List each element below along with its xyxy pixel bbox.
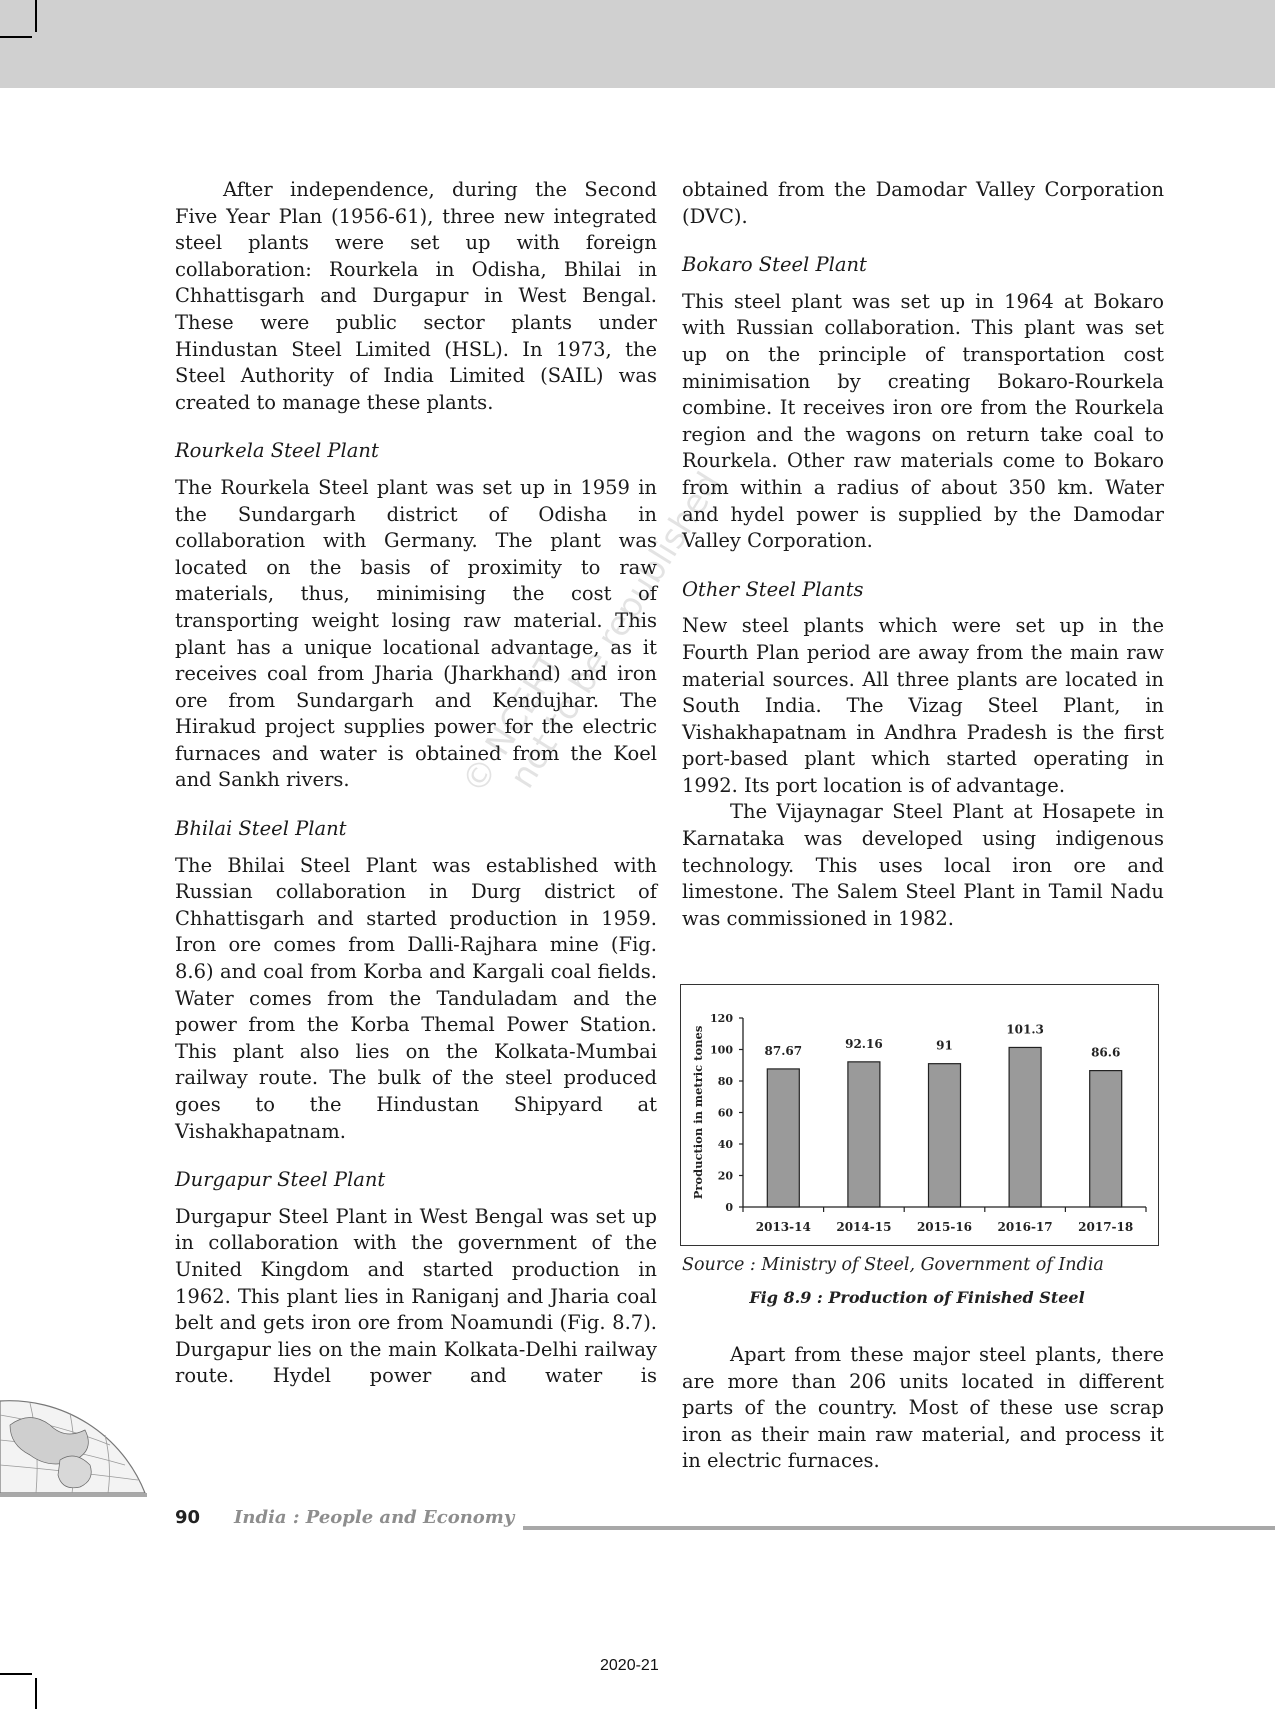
crop-mark-top-horizontal [0, 36, 32, 38]
right-column: obtained from the Damodar Valley Corpora… [682, 177, 1164, 932]
x-category-label: 2015-16 [917, 1220, 972, 1234]
top-header-band [0, 0, 1275, 88]
y-tick-label: 80 [718, 1075, 734, 1088]
bar-value-label: 101.3 [1006, 1022, 1044, 1036]
bar-2014-15 [848, 1062, 880, 1207]
figure-caption: Fig 8.9 : Production of Finished Steel [682, 1288, 1152, 1307]
durgapur-paragraph: Durgapur Steel Plant in West Bengal was … [175, 1204, 657, 1390]
crop-mark-bottom-horizontal [0, 1673, 32, 1675]
y-tick-label: 40 [718, 1138, 734, 1151]
x-category-label: 2014-15 [836, 1220, 891, 1234]
bar-value-label: 86.6 [1091, 1046, 1120, 1060]
crop-mark-top-vertical [35, 0, 37, 32]
section-heading-durgapur: Durgapur Steel Plant [175, 1167, 657, 1194]
bar-2016-17 [1009, 1047, 1041, 1207]
bar-2015-16 [929, 1064, 961, 1207]
footer-rule [523, 1526, 1275, 1530]
y-tick-label: 120 [710, 1012, 733, 1025]
section-heading-other-plants: Other Steel Plants [682, 577, 1164, 604]
y-axis-label: Production in metric tones [691, 1026, 705, 1200]
y-tick-label: 0 [725, 1201, 733, 1214]
section-heading-rourkela: Rourkela Steel Plant [175, 438, 657, 465]
section-heading-bhilai: Bhilai Steel Plant [175, 816, 657, 843]
bokaro-paragraph: This steel plant was set up in 1964 at B… [682, 289, 1164, 555]
dvc-continuation-paragraph: obtained from the Damodar Valley Corpora… [682, 177, 1164, 230]
bar-2017-18 [1090, 1071, 1122, 1207]
chart-canvas: 02040608010012087.672013-1492.162014-159… [681, 985, 1157, 1244]
other-plants-paragraph: New steel plants which were set up in th… [682, 613, 1164, 799]
x-category-label: 2013-14 [756, 1220, 811, 1234]
bhilai-paragraph: The Bhilai Steel Plant was established w… [175, 853, 657, 1146]
page-number: 90 [175, 1507, 200, 1528]
bar-value-label: 91 [936, 1039, 953, 1053]
intro-paragraph: After independence, during the Second Fi… [175, 177, 657, 416]
section-heading-bokaro: Bokaro Steel Plant [682, 252, 1164, 279]
crop-mark-bottom-vertical [35, 1678, 37, 1709]
x-category-label: 2016-17 [998, 1220, 1053, 1234]
bar-2013-14 [767, 1069, 799, 1207]
x-category-label: 2017-18 [1078, 1220, 1133, 1234]
closing-paragraph: Apart from these major steel plants, the… [682, 1342, 1164, 1475]
bar-value-label: 87.67 [765, 1044, 803, 1058]
production-bar-chart: 02040608010012087.672013-1492.162014-159… [680, 984, 1159, 1246]
left-column: After independence, during the Second Fi… [175, 177, 657, 1390]
y-tick-label: 100 [710, 1044, 733, 1057]
book-title: India : People and Economy [234, 1507, 514, 1528]
bar-value-label: 92.16 [845, 1037, 883, 1051]
year-stamp: 2020-21 [600, 1657, 659, 1675]
closing-paragraph-block: Apart from these major steel plants, the… [682, 1342, 1164, 1475]
y-tick-label: 60 [718, 1107, 734, 1120]
globe-decoration-icon [0, 1385, 147, 1497]
vijaynagar-paragraph: The Vijaynagar Steel Plant at Hosapete i… [682, 799, 1164, 932]
figure-source: Source : Ministry of Steel, Government o… [682, 1255, 1104, 1275]
rourkela-paragraph: The Rourkela Steel plant was set up in 1… [175, 475, 657, 794]
y-tick-label: 20 [718, 1170, 734, 1183]
